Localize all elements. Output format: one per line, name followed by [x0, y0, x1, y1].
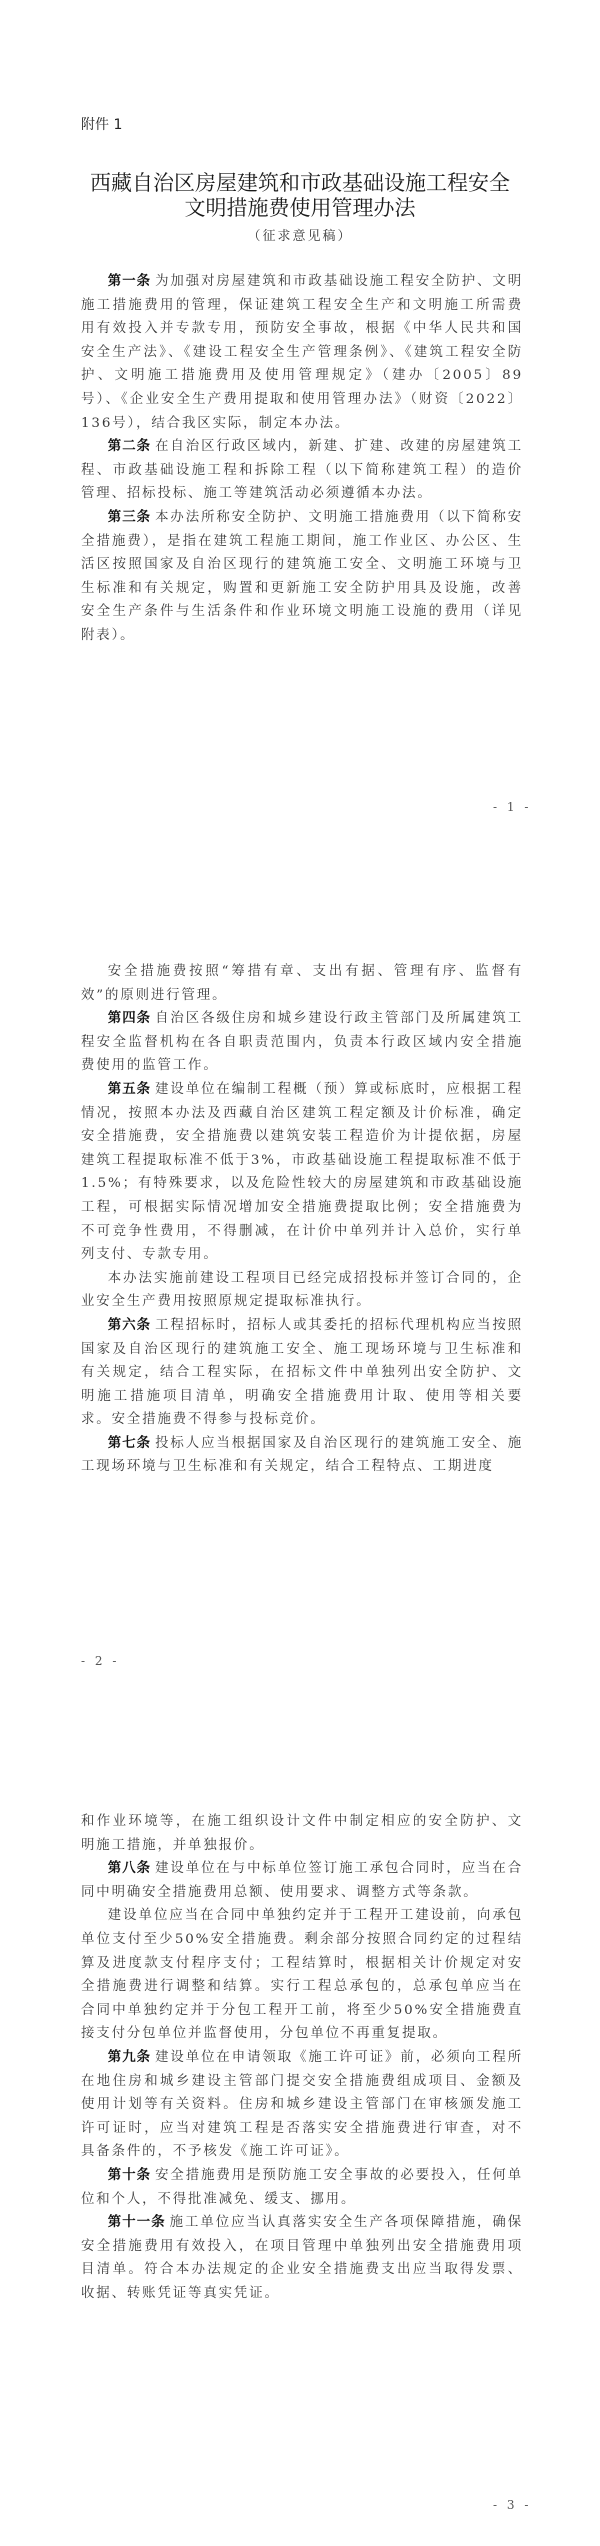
article-text: 为加强对房屋建筑和市政基础设施工程安全防护、文明施工措施费用的管理，保证建筑工程…	[81, 274, 523, 431]
article-4: 第四条自治区各级住房和城乡建设行政主管部门及所属建筑工程安全监督机构在各自职责范…	[81, 1007, 523, 1078]
document-subtitle: （征求意见稿）	[0, 225, 600, 244]
article-heading: 第九条	[108, 2049, 151, 2065]
article-3: 第三条本办法所称安全防护、文明施工措施费用（以下简称安全措施费），是指在建筑工程…	[81, 506, 523, 648]
article-heading: 第十一条	[108, 2214, 166, 2230]
paragraph: 建设单位应当在合同中单独约定并于工程开工建设前，向承包单位支付至少50%安全措施…	[81, 1904, 523, 2046]
article-heading: 第四条	[108, 1010, 151, 1026]
article-heading: 第一条	[108, 273, 151, 289]
article-heading: 第六条	[108, 1317, 151, 1333]
page-number: - 3 -	[493, 2498, 531, 2512]
article-11: 第十一条施工单位应当认真落实安全生产各项保障措施，确保安全措施费用有效投入，在项…	[81, 2211, 523, 2305]
article-heading: 第八条	[108, 1860, 151, 1876]
article-text: 建设单位在申请领取《施工许可证》前，必须向工程所在地住房和城乡建设主管部门提交安…	[81, 2050, 523, 2159]
page-2: 安全措施费按照“筹措有章、支出有据、管理有序、监督有效”的原则进行管理。 第四条…	[0, 850, 600, 1698]
paragraph-text: 和作业环境等，在施工组织设计文件中制定相应的安全防护、文明施工措施，并单独报价。	[81, 1814, 523, 1853]
article-heading: 第二条	[108, 438, 151, 454]
page-number: - 2 -	[81, 1654, 119, 1668]
paragraph: 本办法实施前建设工程项目已经完成招投标并签订合同的，企业安全生产费用按照原规定提…	[81, 1267, 523, 1314]
article-9: 第九条建设单位在申请领取《施工许可证》前，必须向工程所在地住房和城乡建设主管部门…	[81, 2046, 523, 2164]
paragraph-text: 本办法实施前建设工程项目已经完成招投标并签订合同的，企业安全生产费用按照原规定提…	[81, 1271, 523, 1310]
article-text: 建设单位在编制工程概（预）算或标底时，应根据工程情况，按照本办法及西藏自治区建筑…	[81, 1082, 523, 1262]
article-heading: 第十条	[108, 2167, 151, 2183]
page-3-body: 和作业环境等，在施工组织设计文件中制定相应的安全防护、文明施工措施，并单独报价。…	[81, 1810, 523, 2305]
document-title-line-1: 西藏自治区房屋建筑和市政基础设施工程安全	[0, 171, 600, 195]
article-heading: 第五条	[108, 1081, 151, 1097]
article-heading: 第三条	[108, 509, 151, 525]
page-1-body: 第一条为加强对房屋建筑和市政基础设施工程安全防护、文明施工措施费用的管理，保证建…	[81, 270, 523, 648]
article-heading: 第七条	[108, 1435, 151, 1451]
article-1: 第一条为加强对房屋建筑和市政基础设施工程安全防护、文明施工措施费用的管理，保证建…	[81, 270, 523, 435]
page-3: 和作业环境等，在施工组织设计文件中制定相应的安全防护、文明施工措施，并单独报价。…	[0, 1698, 600, 2546]
article-8: 第八条建设单位在与中标单位签订施工承包合同时，应当在合同中明确安全措施费用总额、…	[81, 1857, 523, 1904]
paragraph: 安全措施费按照“筹措有章、支出有据、管理有序、监督有效”的原则进行管理。	[81, 960, 523, 1007]
article-text: 本办法所称安全防护、文明施工措施费用（以下简称安全措施费），是指在建筑工程施工期…	[81, 510, 523, 643]
page-2-body: 安全措施费按照“筹措有章、支出有据、管理有序、监督有效”的原则进行管理。 第四条…	[81, 960, 523, 1479]
article-7: 第七条投标人应当根据国家及自治区现行的建筑施工安全、施工现场环境与卫生标准和有关…	[81, 1432, 523, 1479]
paragraph-text: 安全措施费按照“筹措有章、支出有据、管理有序、监督有效”的原则进行管理。	[81, 964, 523, 1003]
page-number: - 1 -	[493, 800, 531, 814]
article-text: 工程招标时，招标人或其委托的招标代理机构应当按照国家及自治区现行的建筑施工安全、…	[81, 1318, 523, 1427]
paragraph-continuation: 和作业环境等，在施工组织设计文件中制定相应的安全防护、文明施工措施，并单独报价。	[81, 1810, 523, 1857]
article-5: 第五条建设单位在编制工程概（预）算或标底时，应根据工程情况，按照本办法及西藏自治…	[81, 1078, 523, 1267]
document-title-line-2: 文明措施费使用管理办法	[0, 196, 600, 220]
article-2: 第二条在自治区行政区域内，新建、扩建、改建的房屋建筑工程、市政基础设施工程和拆除…	[81, 435, 523, 506]
attachment-label: 附件 1	[81, 114, 122, 134]
article-6: 第六条工程招标时，招标人或其委托的招标代理机构应当按照国家及自治区现行的建筑施工…	[81, 1314, 523, 1432]
paragraph-text: 建设单位应当在合同中单独约定并于工程开工建设前，向承包单位支付至少50%安全措施…	[81, 1908, 523, 2041]
article-10: 第十条安全措施费用是预防施工安全事故的必要投入，任何单位和个人，不得批准减免、缓…	[81, 2164, 523, 2211]
page-1: 附件 1 西藏自治区房屋建筑和市政基础设施工程安全 文明措施费使用管理办法 （征…	[0, 0, 600, 850]
